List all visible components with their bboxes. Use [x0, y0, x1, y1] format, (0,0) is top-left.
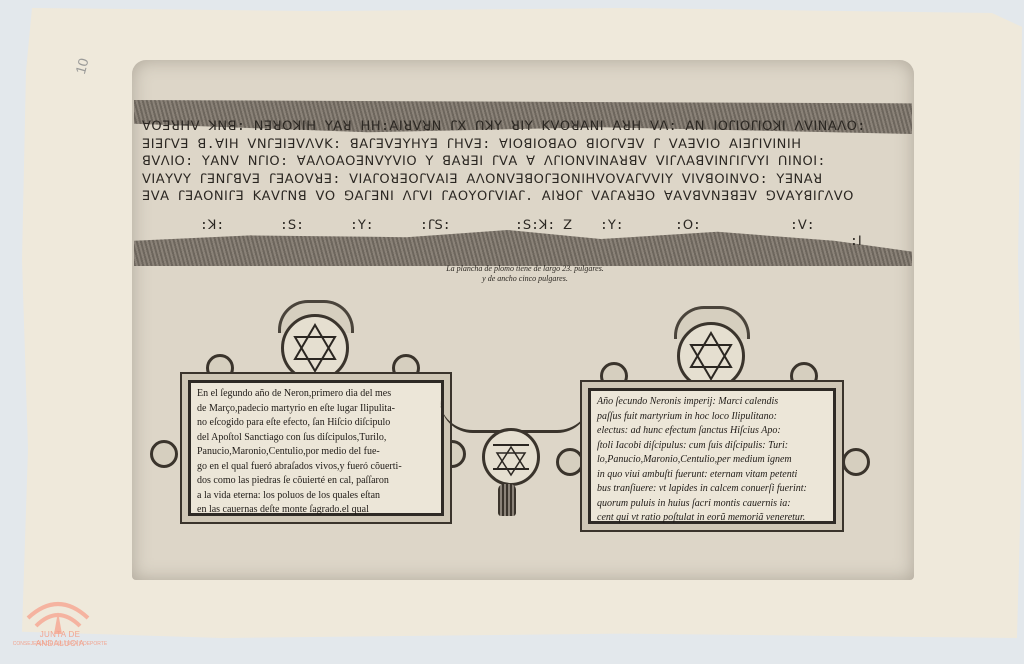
latin-text: Año ſecundo Neronis imperij: Marci calen…	[591, 391, 833, 530]
glyph: :ꓦ:	[790, 218, 815, 233]
text-line: electus: ad hunc efectum ſanctus Hiſcius…	[597, 424, 827, 439]
text-line: cent qui vt ratio poſtulat in eorũ memor…	[597, 511, 827, 526]
text-line: a la vida eterna: los poluos de los qual…	[197, 489, 435, 504]
glyph: :ꓲ	[850, 234, 862, 249]
script-line: ꓱꓲꓱꓩꓦꓱ ꓭ.ꓯꓲꓧ ꓦꓠꓩꓱꓲꓱꓦꓥꓦꓗ: ꓭꓮꓩꓱꓦꓱꓬꓧꓬꓱ ꓩꓧꓦꓱ…	[142, 136, 912, 154]
text-line: lo,Panucio,Maronio,Centulio,per medium i…	[597, 453, 827, 468]
shell-ornament	[556, 448, 584, 476]
text-line: no eſcogido para eſte efecto, ſan Hiſcio…	[197, 416, 435, 431]
scroll-ornament	[600, 362, 628, 390]
glyph: :ꓩꓢ:	[420, 218, 451, 233]
text-line: de Março,padecio martyrio en eſte lugar …	[197, 402, 435, 417]
text-line: in quo viui ambuſti fuerunt: eternam vit…	[597, 468, 827, 483]
glyph: :ꓬ:	[350, 218, 374, 233]
script-line: ꓱꓦꓮ ꓩꓱꓮꓳꓠꓲꓩꓱ ꓗꓮꓦꓩꓠꓭ ꓦꓳ ꓨꓮꓩꓱꓠꓲ ꓥꓩꓦꓲ ꓩꓮꓳꓬꓳ…	[142, 188, 912, 206]
text-line: paſſus fuit martyrium in hoc loco Ilipul…	[597, 410, 827, 425]
hanging-medallion	[482, 428, 540, 486]
text-line: en las cauernas deſte monte ſagrado.el q…	[197, 503, 435, 518]
glyph: :ꓢ:	[280, 218, 304, 233]
script-line: ꓦꓲꓮꓬꓦꓬ ꓩꓱꓠꓩꓭꓦꓱ ꓩꓱꓮꓳꓦꓤꓱ: ꓦꓲꓮꓩꓳꓤꓱꓳꓩꓦꓮꓲꓱ ꓮꓥ…	[142, 171, 912, 189]
glyph: :ꓳ:	[675, 218, 701, 233]
text-line: Año ſecundo Neronis imperij: Marci calen…	[597, 395, 827, 410]
script-line: ꓭꓦꓥꓲꓳ: ꓬꓮꓠꓦ ꓠꓩꓲꓳ: ꓯꓮꓥꓳꓮꓳꓱꓠꓦꓬꓦꓲꓳ ꓬ ꓭꓮꓤꓱꓲ …	[142, 153, 912, 171]
text-line: quorum puluis in huius ſacri montis caue…	[597, 497, 827, 512]
star-of-david-icon	[485, 431, 537, 483]
glyph: :ꓘ:	[200, 218, 224, 233]
glyph: :ꓬ:	[600, 218, 624, 233]
caption-line: y de ancho cinco pulgares.	[405, 274, 645, 284]
scroll-ornament	[392, 354, 420, 382]
spanish-text: En el ſegundo año de Neron,primero dia d…	[191, 383, 441, 522]
text-line: dos como las piedras ſe cõuierté en cal,…	[197, 474, 435, 489]
plate-caption: La plancha de plomo tiene de largo 23. p…	[405, 264, 645, 284]
text-line: Panucio,Maronio,Centulio,por medio del f…	[197, 445, 435, 460]
star-of-david-icon	[284, 317, 346, 379]
script-line: ꓯꓳꓱꓤꓧꓦ ꓘꓠꓭ: ꓠꓱꓤꓳꓘꓲꓧ ꓬꓮꓤ ꓧꓧ:ꓮꓲꓤꓦꓤꓠ ꓩꓫ ꓵꓘꓬ…	[142, 118, 912, 136]
cartouche-latin: Año ſecundo Neronis imperij: Marci calen…	[588, 388, 836, 524]
star-of-david-icon	[680, 325, 742, 387]
text-line: En el ſegundo año de Neron,primero dia d…	[197, 387, 435, 402]
inscription-script: ꓯꓳꓱꓤꓧꓦ ꓘꓠꓭ: ꓠꓱꓤꓳꓘꓲꓧ ꓬꓮꓤ ꓧꓧ:ꓮꓲꓤꓦꓤꓠ ꓩꓫ ꓵꓘꓬ…	[142, 118, 912, 206]
text-line: go en el qual fueró abraſados vivos,y fu…	[197, 460, 435, 475]
cartouche-spanish: En el ſegundo año de Neron,primero dia d…	[188, 380, 444, 516]
scroll-ornament	[790, 362, 818, 390]
watermark-subtitle: CONSEJERÍA DE CULTURA Y DEPORTE	[8, 641, 112, 647]
tassel-ornament	[498, 484, 516, 516]
text-line: del Apoſtol Sanctiago con ſus diſcipulos…	[197, 431, 435, 446]
text-line: bus tranſiuere: vt lapides in calcem con…	[597, 482, 827, 497]
shell-ornament	[842, 448, 870, 476]
glyph: :ꓢ:ꓘ: ꓜ	[515, 218, 572, 233]
text-line: ſtoli Iacobi diſcipulus: cum ſuis diſcip…	[597, 439, 827, 454]
star-medallion-left	[281, 314, 349, 382]
shell-ornament	[150, 440, 178, 468]
star-medallion-right	[677, 322, 745, 390]
scroll-ornament	[206, 354, 234, 382]
caption-line: La plancha de plomo tiene de largo 23. p…	[405, 264, 645, 274]
